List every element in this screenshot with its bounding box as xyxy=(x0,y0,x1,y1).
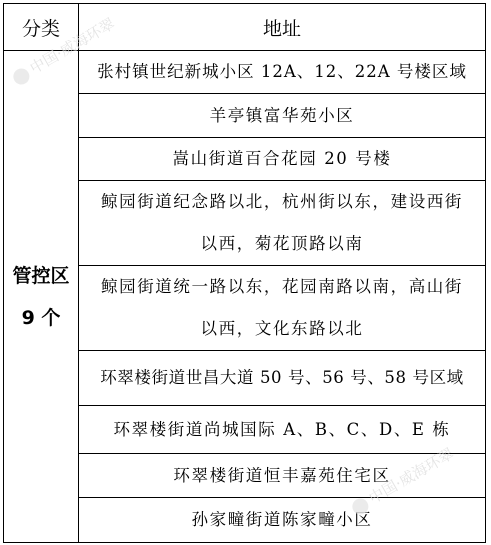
address-cell: 环翠楼街道尚城国际 A、B、C、D、E 栋 xyxy=(79,406,486,454)
table-row: 管控区 9 个 张村镇世纪新城小区 12A、12、22A 号楼区域 xyxy=(4,51,486,94)
header-category: 分类 xyxy=(4,4,79,51)
header-address: 地址 xyxy=(79,4,486,51)
address-line-2: 以西，菊花顶路以南 xyxy=(79,223,485,265)
address-cell: 鲸园街道纪念路以北，杭州街以东，建设西街 以西，菊花顶路以南 xyxy=(79,181,486,266)
control-zone-table: 分类 地址 管控区 9 个 张村镇世纪新城小区 12A、12、22A 号楼区域 … xyxy=(3,3,486,543)
address-cell: 环翠楼街道恒丰嘉苑住宅区 xyxy=(79,454,486,498)
category-cell: 管控区 9 个 xyxy=(4,51,79,543)
address-cell: 鲸园街道统一路以东，花园南路以南，高山街 以西，文化东路以北 xyxy=(79,266,486,351)
address-line-1: 鲸园街道纪念路以北，杭州街以东，建设西街 xyxy=(79,181,485,223)
address-cell: 张村镇世纪新城小区 12A、12、22A 号楼区域 xyxy=(79,51,486,94)
address-cell: 孙家疃街道陈家疃小区 xyxy=(79,498,486,543)
address-line-1: 鲸园街道统一路以东，花园南路以南，高山街 xyxy=(79,266,485,308)
header-row: 分类 地址 xyxy=(4,4,486,51)
address-line-2: 以西，文化东路以北 xyxy=(79,308,485,350)
address-cell: 环翠楼街道世昌大道 50 号、56 号、58 号区域 xyxy=(79,351,486,406)
address-cell: 嵩山街道百合花园 20 号楼 xyxy=(79,138,486,181)
address-cell: 羊亭镇富华苑小区 xyxy=(79,94,486,138)
category-label: 管控区 xyxy=(4,255,78,297)
category-count: 9 个 xyxy=(4,297,78,339)
